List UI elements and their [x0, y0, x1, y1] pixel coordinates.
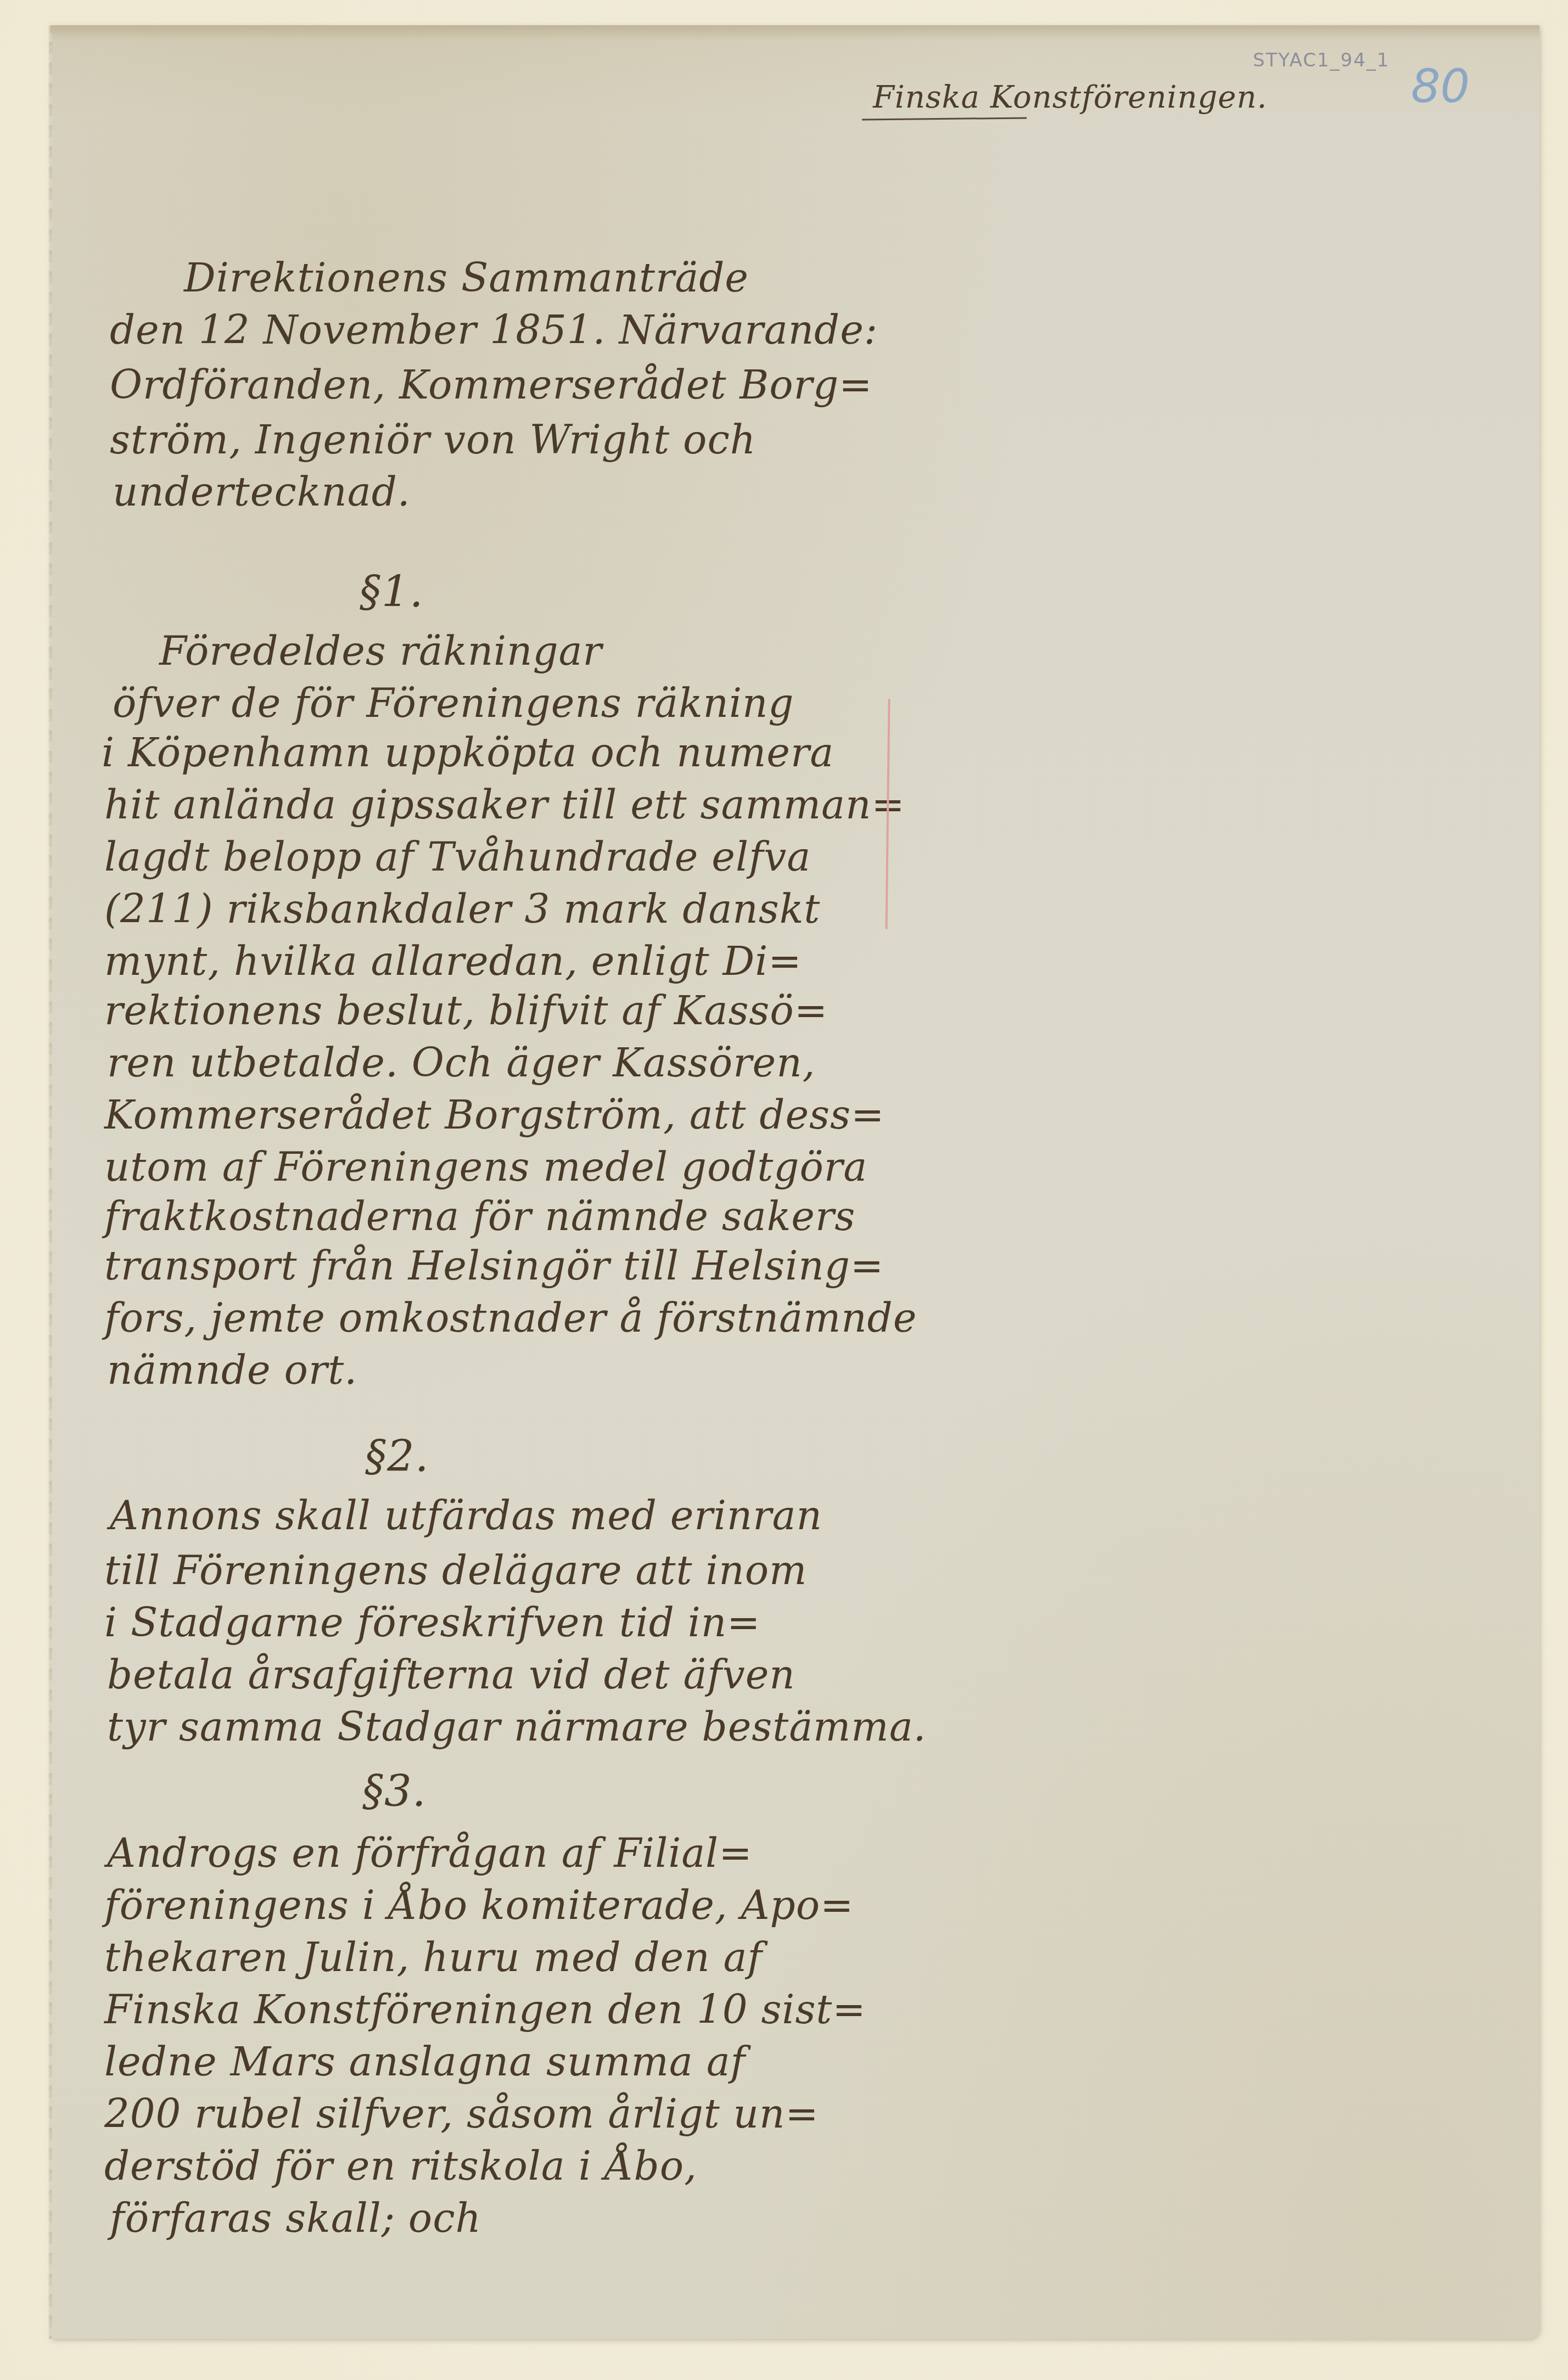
intro-line: Ordföranden, Kommerserådet Borg= — [110, 365, 872, 405]
section-heading-2: §2. — [365, 1435, 429, 1478]
section-3-line: ledne Mars anslagna summa af — [104, 2042, 746, 2081]
section-1-line: rektionens beslut, blifvit af Kassö= — [104, 991, 828, 1030]
section-3-line: Androgs en förfrågan af Filial= — [107, 1833, 752, 1873]
intro-line: ström, Ingeniör von Wright och — [110, 420, 756, 459]
section-heading-3: §3. — [362, 1770, 426, 1813]
page-header-title: Finska Konstföreningen. — [873, 80, 1267, 115]
section-1-line: öfver de för Föreningens räkning — [113, 683, 794, 723]
section-1-line: nämnde ort. — [107, 1350, 357, 1390]
intro-line: den 12 November 1851. Närvarande: — [110, 310, 878, 350]
section-1-line: lagdt belopp af Tvåhundrade elfva — [104, 837, 811, 877]
section-heading-1: §1. — [360, 571, 423, 614]
section-1-line: i Köpenhamn uppköpta och numera — [102, 733, 834, 772]
section-1-line: hit anlända gipssaker till ett samman= — [104, 785, 905, 824]
section-3-line: Finska Konstföreningen den 10 sist= — [104, 1990, 866, 2029]
section-1-line: ren utbetalde. Och äger Kassören, — [107, 1043, 815, 1082]
section-1-line: transport från Helsingör till Helsing= — [104, 1246, 884, 1286]
intro-line: Direktionens Sammanträde — [184, 258, 749, 297]
section-2-line: till Föreningens delägare att inom — [104, 1551, 807, 1590]
archive-code-stamp: STYAC1_94_1 — [1253, 49, 1390, 71]
section-1-line: Kommerserådet Borgström, att dess= — [104, 1095, 884, 1135]
intro-line: undertecknad. — [113, 472, 411, 512]
section-3-line: föreningens i Åbo komiterade, Apo= — [104, 1885, 854, 1925]
section-1-line: mynt, hvilka allaredan, enligt Di= — [104, 941, 802, 981]
section-2-line: tyr samma Stadgar närmare bestämma. — [107, 1707, 926, 1747]
section-2-line: i Stadgarne föreskrifven tid in= — [104, 1603, 760, 1642]
section-3-line: förfaras skall; och — [110, 2198, 481, 2238]
section-1-line: fraktkostnaderna för nämnde sakers — [104, 1197, 855, 1236]
section-3-line: thekaren Julin, huru med den af — [104, 1938, 763, 1977]
section-3-line: derstöd för en ritskola i Åbo, — [104, 2146, 697, 2186]
section-2-line: betala årsafgifterna vid det äfven — [107, 1655, 796, 1694]
section-1-line: fors, jemte omkostnader å förstnämnde — [104, 1298, 917, 1338]
section-1-line: Föredeldes räkningar — [159, 631, 602, 671]
section-2-line: Annons skall utfärdas med erinran — [110, 1496, 822, 1535]
section-1-line: (211) riksbankdaler 3 mark danskt — [104, 889, 820, 929]
section-3-line: 200 rubel silfver, såsom årligt un= — [104, 2094, 819, 2134]
section-1-line: utom af Föreningens medel godtgöra — [104, 1147, 867, 1187]
folio-number: 80 — [1411, 59, 1470, 113]
